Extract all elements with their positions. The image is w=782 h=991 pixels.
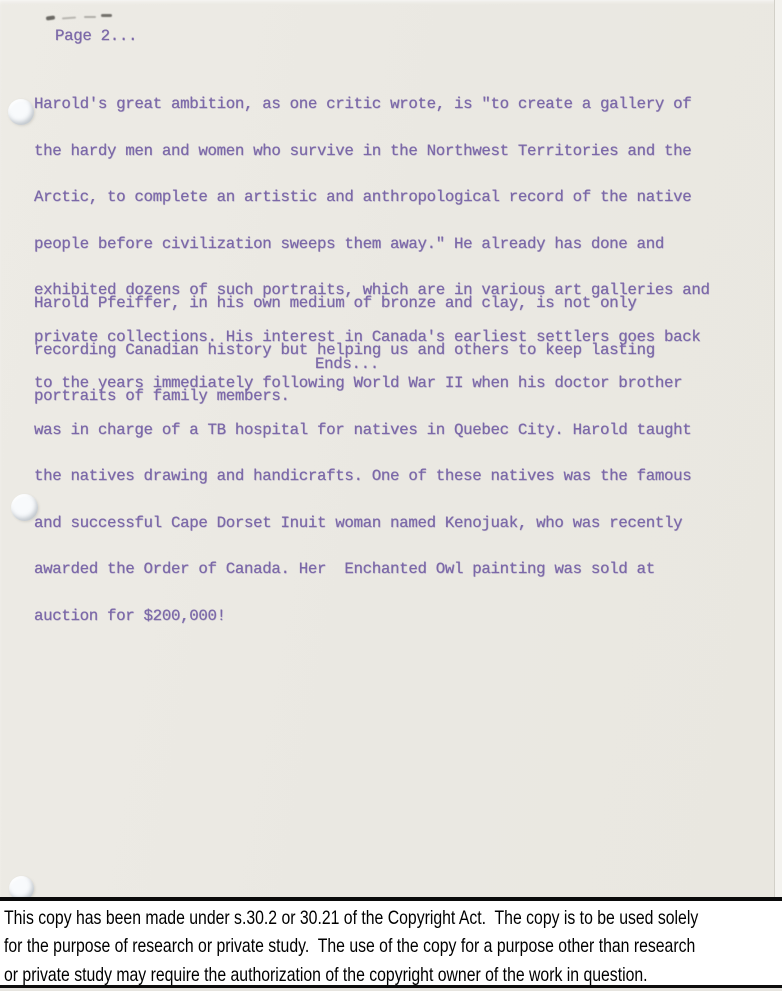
pencil-smudge (62, 17, 76, 20)
paragraph-line: awarded the Order of Canada. Her Enchant… (34, 562, 710, 578)
copyright-line: This copy has been made under s.30.2 or … (4, 904, 634, 932)
scan-edge (774, 0, 782, 900)
pencil-smudge (84, 16, 96, 18)
paragraph-line: auction for $200,000! (34, 609, 710, 625)
scanned-document-page: Page 2... Harold's great ambition, as on… (0, 0, 782, 991)
paragraph-2: Harold Pfeiffer, in his own medium of br… (34, 265, 655, 436)
copyright-line: for the purpose of research or private s… (4, 932, 634, 960)
paragraph-line: Harold's great ambition, as one critic w… (34, 97, 710, 113)
copyright-strip-top-rule (0, 897, 782, 901)
paragraph-line: portraits of family members. (34, 389, 655, 405)
pencil-smudge (101, 14, 112, 17)
paragraph-line: the natives drawing and handicrafts. One… (34, 469, 710, 485)
paragraph-line: and successful Cape Dorset Inuit woman n… (34, 516, 710, 532)
paragraph-line: the hardy men and women who survive in t… (34, 144, 710, 160)
hole-punch (8, 99, 34, 125)
pencil-smudge (46, 15, 55, 20)
ends-marker: Ends... (315, 357, 379, 373)
paragraph-line: people before civilization sweeps them a… (34, 237, 710, 253)
hole-punch (11, 494, 38, 521)
page-number: Page 2... (55, 29, 137, 45)
copyright-notice: This copy has been made under s.30.2 or … (0, 901, 782, 985)
paragraph-line: Harold Pfeiffer, in his own medium of br… (34, 296, 655, 312)
paragraph-line: Arctic, to complete an artistic and anth… (34, 190, 710, 206)
